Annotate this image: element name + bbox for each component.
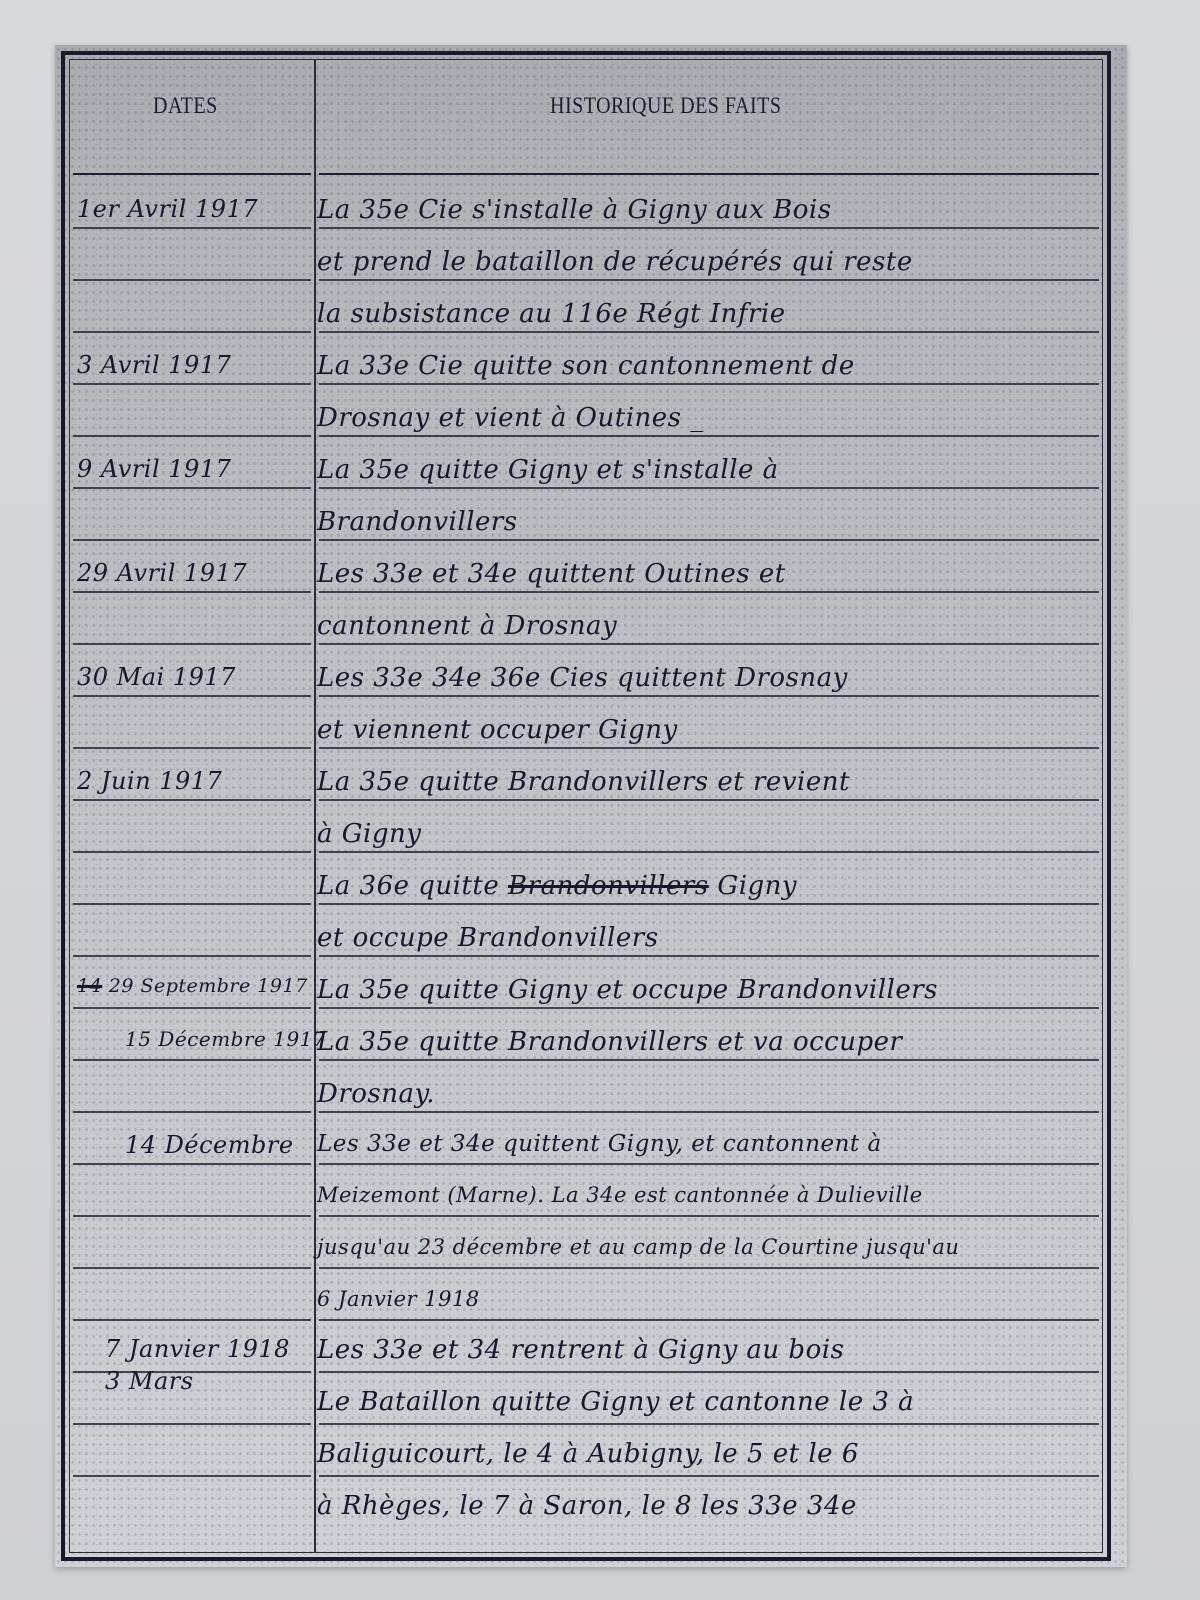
correction-word: Gigny [717,871,797,901]
ruled-line [319,1319,1099,1321]
entry-line: La 35e Cie s'installe à Gigny aux Bois [317,195,832,225]
ruled-line [73,1267,311,1269]
ruled-line [319,1371,1099,1373]
column-divider [314,59,316,1553]
ruled-line [319,383,1099,385]
ruled-line [319,227,1099,229]
ruled-line [73,903,311,905]
ruled-line [73,1215,311,1217]
ruled-line [319,799,1099,801]
ruled-line [319,851,1099,853]
entry-line: Drosnay et vient à Outines _ [317,403,704,433]
ruled-line [73,1007,311,1009]
ruled-line [73,643,311,645]
column-header-facts: HISTORIQUE DES FAITS [550,93,782,119]
ruled-line [319,539,1099,541]
entry-line: La 33e Cie quitte son cantonnement de [317,351,855,381]
ruled-line [319,591,1099,593]
entry-line: et occupe Brandonvillers [317,923,659,953]
ruled-line [73,331,311,333]
entry-line: La 36e quitte Brandonvillers Gigny [317,871,797,901]
entry-line: Les 33e 34e 36e Cies quittent Drosnay [317,663,848,693]
entry-line: Les 33e et 34 rentrent à Gigny au bois [317,1335,844,1365]
ruled-line [319,747,1099,749]
entry-date: 29 Avril 1917 [77,559,247,587]
entry-date: 15 Décembre 1917 [125,1027,326,1051]
entry-date: 9 Avril 1917 [77,455,231,483]
ruled-line [73,747,311,749]
entry-line: Meizemont (Marne). La 34e est cantonnée … [317,1183,923,1207]
ruled-line [73,591,311,593]
entry-date: 3 Avril 1917 [77,351,231,379]
entry-line: jusqu'au 23 décembre et au camp de la Co… [317,1235,959,1259]
ruled-line [319,279,1099,281]
ruled-line [73,1423,311,1425]
entry-line-text: La 36e quitte [317,871,499,901]
entry-date: 7 Janvier 1918 [105,1335,290,1363]
entry-date: 1er Avril 1917 [77,195,258,223]
entry-line: Drosnay. [317,1079,435,1109]
ruled-line [319,1423,1099,1425]
entry-line: la subsistance au 116e Régt Infrie [317,299,786,329]
entry-date: 14 29 Septembre 1917 [77,975,308,997]
entry-line: et prend le bataillon de récupérés qui r… [317,247,913,277]
ruled-line [73,799,311,801]
document-page: DATES HISTORIQUE DES FAITS 1er Avril 191… [55,45,1127,1567]
ruled-line [73,435,311,437]
ruled-line [73,955,311,957]
ruled-line [319,487,1099,489]
ruled-line [319,1163,1099,1165]
entry-line: Baliguicourt, le 4 à Aubigny, le 5 et le… [317,1439,859,1469]
entry-line: Les 33e et 34e quittent Outines et [317,559,786,589]
ruled-line [73,383,311,385]
struck-out-date: 14 [77,975,102,997]
header-rule [319,173,1099,175]
ruled-line [73,695,311,697]
header-rule [73,173,311,175]
entry-line: à Gigny [317,819,421,849]
ruled-line [73,851,311,853]
column-header-dates: DATES [153,93,218,119]
entry-line: 6 Janvier 1918 [317,1287,480,1311]
entry-line: La 35e quitte Brandonvillers et revient [317,767,850,797]
entry-line: Brandonvillers [317,507,518,537]
entry-date: 30 Mai 1917 [77,663,236,691]
ruled-line [319,1267,1099,1269]
ruled-line [319,1475,1099,1477]
ruled-line [319,1007,1099,1009]
ruled-line [73,487,311,489]
struck-out-word: Brandonvillers [508,871,709,901]
ruled-line [319,955,1099,957]
entry-line: Les 33e et 34e quittent Gigny, et canton… [317,1131,882,1157]
ruled-line [319,1215,1099,1217]
entry-line: Le Bataillon quitte Gigny et cantonne le… [317,1387,914,1417]
ruled-line [73,1475,311,1477]
ruled-line [319,695,1099,697]
ruled-line [319,435,1099,437]
entry-line: La 35e quitte Gigny et occupe Brandonvil… [317,975,938,1005]
ruled-line [73,1111,311,1113]
ruled-line [73,1163,311,1165]
entry-date: 2 Juin 1917 [77,767,222,795]
entry-date: 3 Mars [105,1367,194,1395]
ruled-line [319,1059,1099,1061]
entry-line: La 35e quitte Brandonvillers et va occup… [317,1027,902,1057]
entry-line: à Rhèges, le 7 à Saron, le 8 les 33e 34e [317,1491,857,1521]
ruled-line [73,1319,311,1321]
ruled-line [319,1111,1099,1113]
ruled-line [73,1059,311,1061]
ruled-line [73,539,311,541]
entry-line: et viennent occuper Gigny [317,715,678,745]
page-border-inner [69,59,1103,1553]
ruled-line [73,227,311,229]
ruled-line [319,903,1099,905]
ruled-line [319,331,1099,333]
entry-date: 14 Décembre [125,1131,294,1159]
entry-line: cantonnent à Drosnay [317,611,617,641]
ruled-line [319,643,1099,645]
entry-line: La 35e quitte Gigny et s'installe à [317,455,779,485]
ruled-line [73,279,311,281]
entry-date-text: 29 Septembre 1917 [109,975,308,997]
